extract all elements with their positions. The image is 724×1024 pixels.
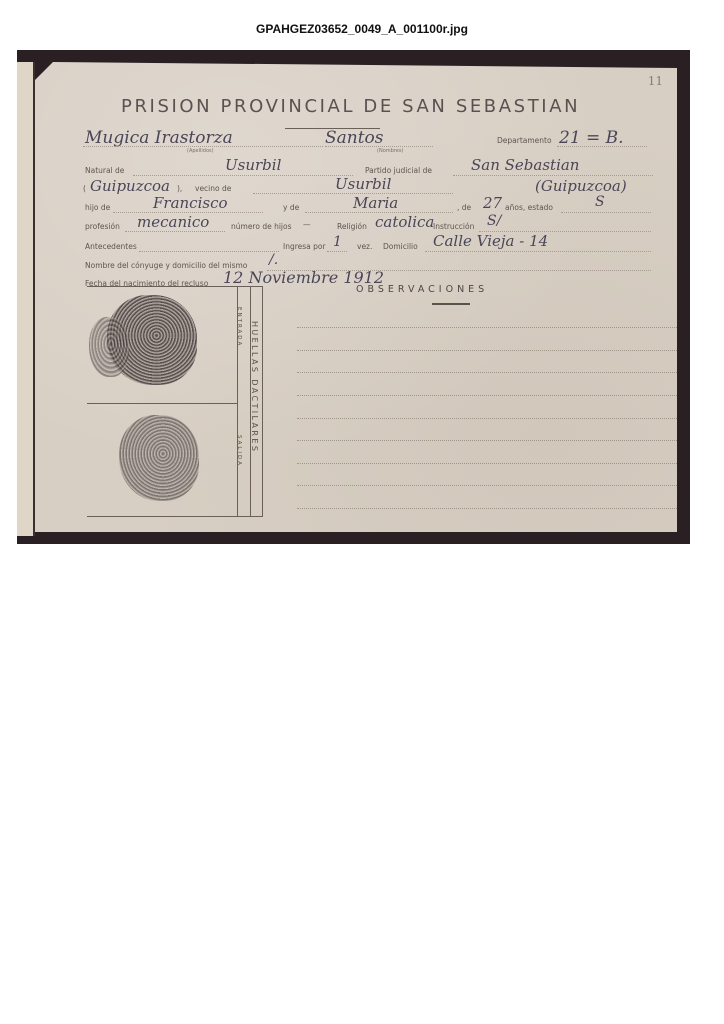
given-name-caption: (Nombres) bbox=[377, 148, 403, 154]
admission-line bbox=[327, 251, 347, 252]
fingerprint-entrada-smudge bbox=[89, 317, 129, 377]
profession-line bbox=[125, 231, 225, 232]
entrada-label: ENTRADA bbox=[236, 307, 242, 347]
fingerprint-salida-image bbox=[119, 415, 199, 501]
children-count-value: — bbox=[303, 220, 311, 229]
adjacent-page-edge bbox=[17, 62, 35, 536]
observation-line bbox=[297, 440, 677, 441]
observations-title: OBSERVACIONES bbox=[356, 284, 488, 295]
admission-times-label: vez. bbox=[357, 242, 372, 251]
record-label: Antecedentes bbox=[85, 242, 137, 251]
observation-line bbox=[297, 372, 677, 373]
education-label: Instrucción bbox=[433, 222, 474, 231]
prison-record-card: 11 PRISION PROVINCIAL DE SAN SEBASTIAN M… bbox=[35, 62, 677, 532]
observation-line bbox=[297, 508, 677, 509]
mother-value: Maria bbox=[353, 194, 398, 212]
judicial-district-line bbox=[453, 175, 653, 176]
salida-label: SALIDA bbox=[236, 435, 242, 467]
age-value: 27 bbox=[483, 194, 502, 212]
religion-label: Religión bbox=[337, 222, 367, 231]
observation-line bbox=[297, 395, 677, 396]
observation-line bbox=[297, 463, 677, 464]
file-name-header: GPAHGEZ03652_0049_A_001100r.jpg bbox=[0, 22, 724, 36]
observation-line bbox=[297, 485, 677, 486]
observations-underline bbox=[432, 303, 470, 305]
profession-value: mecanico bbox=[137, 213, 209, 231]
address-label: Domicilio bbox=[383, 242, 418, 251]
birth-province-value: Guipuzcoa bbox=[90, 177, 170, 195]
fingerprint-vline-outer bbox=[262, 287, 263, 516]
children-count-label: número de hijos bbox=[231, 222, 292, 231]
fingerprint-box: ENTRADA SALIDA HUELLAS DACTILARES bbox=[87, 286, 263, 517]
observation-line bbox=[297, 327, 677, 328]
father-value: Francisco bbox=[153, 194, 228, 212]
admission-value: 1 bbox=[333, 234, 342, 250]
address-line bbox=[425, 251, 651, 252]
judicial-district-label: Partido judicial de bbox=[365, 166, 432, 175]
civil-status-label: años, estado bbox=[505, 203, 553, 212]
given-name-value: Santos bbox=[325, 128, 384, 148]
birthplace-label: Natural de bbox=[85, 166, 124, 175]
mother-label: y de bbox=[283, 203, 299, 212]
department-value: 21 = B. bbox=[559, 128, 624, 148]
surname-value: Mugica Irastorza bbox=[85, 128, 233, 148]
surname-caption: (Apellidos) bbox=[187, 148, 214, 154]
civil-status-line bbox=[561, 212, 651, 213]
scanned-document: 11 PRISION PROVINCIAL DE SAN SEBASTIAN M… bbox=[17, 50, 690, 544]
address-value: Calle Vieja - 14 bbox=[433, 232, 548, 250]
spouse-value: /. bbox=[269, 252, 278, 268]
education-value: S/ bbox=[487, 213, 501, 229]
record-line bbox=[139, 251, 279, 252]
card-title: PRISION PROVINCIAL DE SAN SEBASTIAN bbox=[121, 96, 580, 117]
observation-line bbox=[297, 418, 677, 419]
province-close-paren: ), bbox=[177, 184, 182, 193]
profession-label: profesión bbox=[85, 222, 120, 231]
resident-value: Usurbil bbox=[335, 175, 391, 193]
civil-status-value: S bbox=[595, 194, 605, 210]
surname-line bbox=[83, 146, 323, 147]
province-open-paren: ( bbox=[83, 184, 86, 193]
birthplace-value: Usurbil bbox=[225, 156, 281, 174]
resident-label: vecino de bbox=[195, 184, 231, 193]
age-label: , de bbox=[457, 203, 471, 212]
admission-label: Ingresa por bbox=[283, 242, 326, 251]
resident-province-value: (Guipuzcoa) bbox=[535, 177, 627, 195]
department-label: Departamento bbox=[497, 136, 552, 145]
observation-line bbox=[297, 350, 677, 351]
corner-number: 11 bbox=[648, 74, 663, 88]
religion-value: catolica bbox=[375, 213, 434, 231]
father-label: hijo de bbox=[85, 203, 110, 212]
fingerprints-title: HUELLAS DACTILARES bbox=[250, 321, 259, 453]
fingerprint-divider bbox=[87, 403, 237, 404]
department-line bbox=[557, 146, 647, 147]
given-name-line bbox=[325, 146, 433, 147]
birthplace-line bbox=[133, 175, 353, 176]
judicial-district-value: San Sebastian bbox=[471, 156, 579, 174]
